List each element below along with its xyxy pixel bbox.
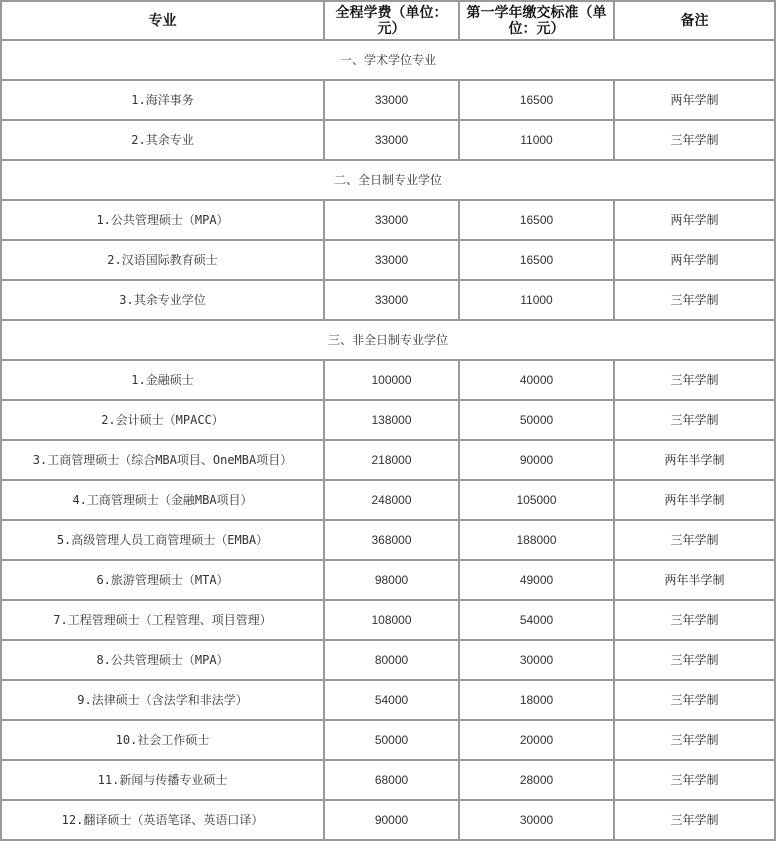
first-year-fee-cell: 50000: [459, 400, 614, 440]
first-year-fee-cell: 90000: [459, 440, 614, 480]
major-cell: 5.高级管理人员工商管理硕士（EMBA）: [1, 520, 324, 560]
total-fee-cell: 100000: [324, 360, 459, 400]
header-first-year-fee: 第一学年缴交标准（单位：元）: [459, 1, 614, 40]
note-cell: 三年学制: [614, 680, 775, 720]
header-major: 专业: [1, 1, 324, 40]
table-row: 5.高级管理人员工商管理硕士（EMBA） 368000 188000 三年学制: [1, 520, 775, 560]
table-row: 2.其余专业 33000 11000 三年学制: [1, 120, 775, 160]
table-row: 1.海洋事务 33000 16500 两年学制: [1, 80, 775, 120]
group-row: 一、学术学位专业: [1, 40, 775, 80]
note-cell: 三年学制: [614, 360, 775, 400]
first-year-fee-cell: 105000: [459, 480, 614, 520]
header-total-fee: 全程学费（单位：元）: [324, 1, 459, 40]
group-title-fulltime-professional: 二、全日制专业学位: [1, 160, 775, 200]
first-year-fee-cell: 11000: [459, 120, 614, 160]
first-year-fee-cell: 11000: [459, 280, 614, 320]
major-cell: 11.新闻与传播专业硕士: [1, 760, 324, 800]
note-cell: 三年学制: [614, 760, 775, 800]
note-cell: 两年半学制: [614, 480, 775, 520]
total-fee-cell: 218000: [324, 440, 459, 480]
table-row: 12.翻译硕士（英语笔译、英语口译） 90000 30000 三年学制: [1, 800, 775, 840]
major-cell: 6.旅游管理硕士（MTA）: [1, 560, 324, 600]
first-year-fee-cell: 49000: [459, 560, 614, 600]
note-cell: 三年学制: [614, 640, 775, 680]
major-cell: 7.工程管理硕士（工程管理、项目管理）: [1, 600, 324, 640]
total-fee-cell: 33000: [324, 200, 459, 240]
table-row: 6.旅游管理硕士（MTA） 98000 49000 两年半学制: [1, 560, 775, 600]
group-row: 三、非全日制专业学位: [1, 320, 775, 360]
total-fee-cell: 54000: [324, 680, 459, 720]
major-cell: 2.会计硕士（MPACC）: [1, 400, 324, 440]
total-fee-cell: 68000: [324, 760, 459, 800]
note-cell: 两年半学制: [614, 440, 775, 480]
group-title-academic: 一、学术学位专业: [1, 40, 775, 80]
tuition-fee-table: 专业 全程学费（单位：元） 第一学年缴交标准（单位：元） 备注 一、学术学位专业…: [0, 0, 776, 841]
table-row: 4.工商管理硕士（金融MBA项目） 248000 105000 两年半学制: [1, 480, 775, 520]
header-row: 专业 全程学费（单位：元） 第一学年缴交标准（单位：元） 备注: [1, 1, 775, 40]
table-row: 7.工程管理硕士（工程管理、项目管理） 108000 54000 三年学制: [1, 600, 775, 640]
major-cell: 4.工商管理硕士（金融MBA项目）: [1, 480, 324, 520]
total-fee-cell: 80000: [324, 640, 459, 680]
major-cell: 1.公共管理硕士（MPA）: [1, 200, 324, 240]
first-year-fee-cell: 16500: [459, 80, 614, 120]
note-cell: 三年学制: [614, 400, 775, 440]
major-cell: 2.汉语国际教育硕士: [1, 240, 324, 280]
total-fee-cell: 138000: [324, 400, 459, 440]
first-year-fee-cell: 30000: [459, 640, 614, 680]
total-fee-cell: 50000: [324, 720, 459, 760]
note-cell: 三年学制: [614, 520, 775, 560]
note-cell: 三年学制: [614, 600, 775, 640]
table-row: 1.公共管理硕士（MPA） 33000 16500 两年学制: [1, 200, 775, 240]
total-fee-cell: 33000: [324, 240, 459, 280]
total-fee-cell: 108000: [324, 600, 459, 640]
note-cell: 两年学制: [614, 240, 775, 280]
major-cell: 8.公共管理硕士（MPA）: [1, 640, 324, 680]
note-cell: 两年学制: [614, 80, 775, 120]
table-row: 2.会计硕士（MPACC） 138000 50000 三年学制: [1, 400, 775, 440]
major-cell: 9.法律硕士（含法学和非法学）: [1, 680, 324, 720]
table-row: 1.金融硕士 100000 40000 三年学制: [1, 360, 775, 400]
note-cell: 三年学制: [614, 720, 775, 760]
total-fee-cell: 33000: [324, 120, 459, 160]
first-year-fee-cell: 18000: [459, 680, 614, 720]
table-row: 9.法律硕士（含法学和非法学） 54000 18000 三年学制: [1, 680, 775, 720]
major-cell: 1.金融硕士: [1, 360, 324, 400]
first-year-fee-cell: 16500: [459, 200, 614, 240]
first-year-fee-cell: 16500: [459, 240, 614, 280]
major-cell: 3.其余专业学位: [1, 280, 324, 320]
note-cell: 三年学制: [614, 800, 775, 840]
total-fee-cell: 90000: [324, 800, 459, 840]
total-fee-cell: 98000: [324, 560, 459, 600]
header-note: 备注: [614, 1, 775, 40]
table-row: 3.工商管理硕士（综合MBA项目、OneMBA项目） 218000 90000 …: [1, 440, 775, 480]
note-cell: 三年学制: [614, 280, 775, 320]
table-row: 8.公共管理硕士（MPA） 80000 30000 三年学制: [1, 640, 775, 680]
major-cell: 10.社会工作硕士: [1, 720, 324, 760]
note-cell: 三年学制: [614, 120, 775, 160]
group-title-parttime-professional: 三、非全日制专业学位: [1, 320, 775, 360]
first-year-fee-cell: 188000: [459, 520, 614, 560]
major-cell: 1.海洋事务: [1, 80, 324, 120]
group-row: 二、全日制专业学位: [1, 160, 775, 200]
first-year-fee-cell: 28000: [459, 760, 614, 800]
first-year-fee-cell: 54000: [459, 600, 614, 640]
table-row: 11.新闻与传播专业硕士 68000 28000 三年学制: [1, 760, 775, 800]
total-fee-cell: 248000: [324, 480, 459, 520]
note-cell: 两年学制: [614, 200, 775, 240]
table-row: 10.社会工作硕士 50000 20000 三年学制: [1, 720, 775, 760]
major-cell: 2.其余专业: [1, 120, 324, 160]
first-year-fee-cell: 30000: [459, 800, 614, 840]
total-fee-cell: 33000: [324, 280, 459, 320]
total-fee-cell: 33000: [324, 80, 459, 120]
first-year-fee-cell: 20000: [459, 720, 614, 760]
note-cell: 两年半学制: [614, 560, 775, 600]
major-cell: 12.翻译硕士（英语笔译、英语口译）: [1, 800, 324, 840]
first-year-fee-cell: 40000: [459, 360, 614, 400]
major-cell: 3.工商管理硕士（综合MBA项目、OneMBA项目）: [1, 440, 324, 480]
total-fee-cell: 368000: [324, 520, 459, 560]
table-row: 3.其余专业学位 33000 11000 三年学制: [1, 280, 775, 320]
table-row: 2.汉语国际教育硕士 33000 16500 两年学制: [1, 240, 775, 280]
